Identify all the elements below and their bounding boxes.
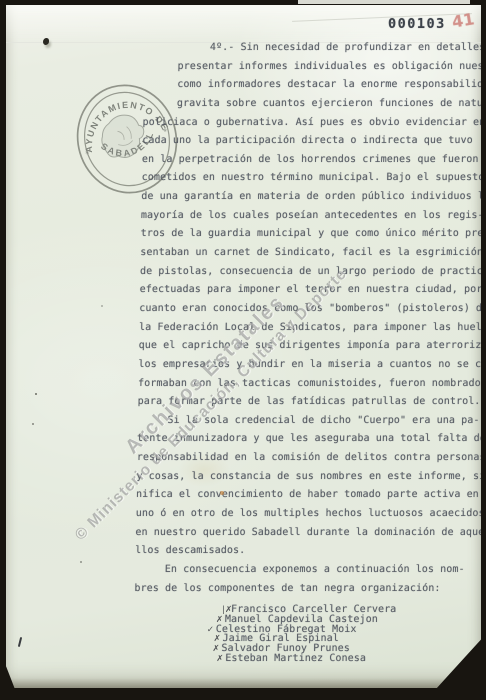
text-line-content: mayoría de los cuales poseían antecedent… xyxy=(141,210,481,221)
text-line: mayoría de los cuales poseían antecedent… xyxy=(141,210,481,229)
text-line: en la perpetración de los horrendos crim… xyxy=(142,154,481,173)
text-line-content: tente inmunizadora y que les aseguraba u… xyxy=(137,433,481,444)
text-line-content: efectuadas para imponer el terror en nue… xyxy=(140,284,481,295)
text-line-content: tros de la guardia municipal y que como … xyxy=(141,228,481,239)
paper-speck xyxy=(80,561,82,563)
text-line: sentaban un carnet de Sindicato, facil e… xyxy=(140,247,481,266)
text-line-content: presentar informes individuales es oblig… xyxy=(177,61,481,72)
text-line: formaban con las tacticas comunistoides,… xyxy=(138,378,481,397)
adjacent-page-edge xyxy=(298,0,470,4)
text-line-content: Si la sola credencial de dicho "Cuerpo" … xyxy=(167,415,479,426)
text-line: nifica el convencimiento de haber tomado… xyxy=(136,489,481,508)
text-line: los empresarios y hundir en la miseria a… xyxy=(138,359,481,378)
text-line: y cosas, la constancia de sus nombres en… xyxy=(136,471,481,490)
text-line: policiaca o gubernativa. Así pues es obv… xyxy=(142,117,481,136)
text-line: bres de los componentes de tan negra org… xyxy=(134,583,481,602)
scanned-document-photo: { "colors": { "paper": "#e7ecdf", "typew… xyxy=(0,0,486,700)
paper-speck xyxy=(32,423,34,425)
names-list: |✗Francisco Carceller Cervera ✗Manuel Ca… xyxy=(6,604,481,663)
text-line-content: bres de los componentes de tan negra org… xyxy=(134,583,440,594)
text-line-content: En consecuencia exponemos a continuación… xyxy=(165,564,465,575)
text-line-content: de una garantía en materia de orden públ… xyxy=(141,191,481,202)
text-line-content: y cosas, la constancia de sus nombres en… xyxy=(136,471,481,482)
text-line-content: llos descamisados. xyxy=(135,545,245,556)
text-line: como informadores destacar la enorme res… xyxy=(177,79,481,98)
text-line-content: cometidos en nuestro término municipal. … xyxy=(142,172,481,183)
list-item: |✗Francisco Carceller Cervera xyxy=(222,604,481,614)
paper-speck xyxy=(35,393,37,395)
document-paper: AYUNTAMIENTO DE SABADELL ✳ ✳ 4º.- Sin ne… xyxy=(6,5,481,688)
text-line-content: cuanto eran conocidos como los "bomberos… xyxy=(139,303,481,314)
page-number-stamp: 000103 xyxy=(388,16,446,32)
paper-bottom-shadow xyxy=(6,678,481,688)
text-line-content: en la perpetración de los horrendos crim… xyxy=(142,154,479,165)
handwritten-check-mark: ✗ xyxy=(216,654,225,664)
text-line-content: en nuestro querido Sabadell durante la d… xyxy=(135,527,481,538)
list-item: ✗Manuel Capdevila Castejon xyxy=(216,614,481,624)
text-line-content: nifica el convencimiento de haber tomado… xyxy=(136,489,479,500)
text-line-content: responsabilidad en la comisión de delito… xyxy=(137,452,481,463)
text-line-content: sentaban un carnet de Sindicato, facil e… xyxy=(140,247,481,258)
text-line-content: policiaca o gubernativa. Así pues es obv… xyxy=(143,117,481,128)
text-line: gravita sobre cuantos ejercieron funcion… xyxy=(177,98,481,117)
text-line: llos descamisados. xyxy=(135,545,481,564)
list-item: ✗Salvador Funoy Prunes xyxy=(212,643,481,653)
text-line-content: para formar parte de las fatídicas patru… xyxy=(138,396,481,407)
text-line: presentar informes individuales es oblig… xyxy=(177,61,481,80)
text-line: tente inmunizadora y que les aseguraba u… xyxy=(137,433,481,452)
text-line: para formar parte de las fatídicas patru… xyxy=(137,396,481,415)
text-line: en nuestro querido Sabadell durante la d… xyxy=(135,527,481,546)
text-line: Si la sola credencial de dicho "Cuerpo" … xyxy=(167,415,481,434)
text-line: efectuadas para imponer el terror en nue… xyxy=(139,284,481,303)
text-line: cuanto eran conocidos como los "bomberos… xyxy=(139,303,481,322)
text-line-content: uno ó en otro de los multiples hechos lu… xyxy=(136,508,481,519)
text-line-content: como informadores destacar la enorme res… xyxy=(177,79,481,90)
text-line-content: gravita sobre cuantos ejercieron funcion… xyxy=(177,98,481,109)
text-line-content: cada uno la participación directa o indi… xyxy=(142,135,473,146)
text-line: de pistolas, consecuencia de un largo pe… xyxy=(140,266,481,285)
list-item: ✗Esteban Martinez Conesa xyxy=(216,653,481,663)
text-line-content: los empresarios y hundir en la miseria a… xyxy=(138,359,481,370)
body-paragraph-lines: 4º.- Sin necesidad de profundizar en det… xyxy=(6,42,481,601)
person-name: Esteban Martinez Conesa xyxy=(225,653,366,664)
text-line: En consecuencia exponemos a continuación… xyxy=(165,564,481,583)
text-line-content: formaban con las tacticas comunistoides,… xyxy=(138,378,481,389)
text-line: responsabilidad en la comisión de delito… xyxy=(137,452,481,471)
text-line: 4º.- Sin necesidad de profundizar en det… xyxy=(210,42,481,61)
list-item: ✓Celestino Fábregat Moix xyxy=(207,624,481,634)
paper-speck xyxy=(101,305,103,307)
text-line: de una garantía en materia de orden públ… xyxy=(141,191,481,210)
paper-orange-speck xyxy=(220,491,224,495)
text-line: cometidos en nuestro término municipal. … xyxy=(141,172,481,191)
page-number-faint-suffix: 41 xyxy=(451,9,476,31)
text-line: uno ó en otro de los multiples hechos lu… xyxy=(136,508,481,527)
text-line-content: de pistolas, consecuencia de un largo pe… xyxy=(140,266,481,277)
text-line: la Federación Local de Sindicatos, para … xyxy=(139,322,481,341)
text-line: tros de la guardia municipal y que como … xyxy=(140,228,481,247)
text-line-content: 4º.- Sin necesidad de profundizar en det… xyxy=(210,42,481,53)
text-line: cada uno la participación directa o indi… xyxy=(142,135,481,154)
text-line-content: que el capricho de sus dirigentes imponí… xyxy=(139,340,481,351)
typewritten-text-block: 4º.- Sin necesidad de profundizar en det… xyxy=(6,42,481,663)
text-line-content: la Federación Local de Sindicatos, para … xyxy=(139,322,481,333)
text-line: que el capricho de sus dirigentes imponí… xyxy=(138,340,481,359)
